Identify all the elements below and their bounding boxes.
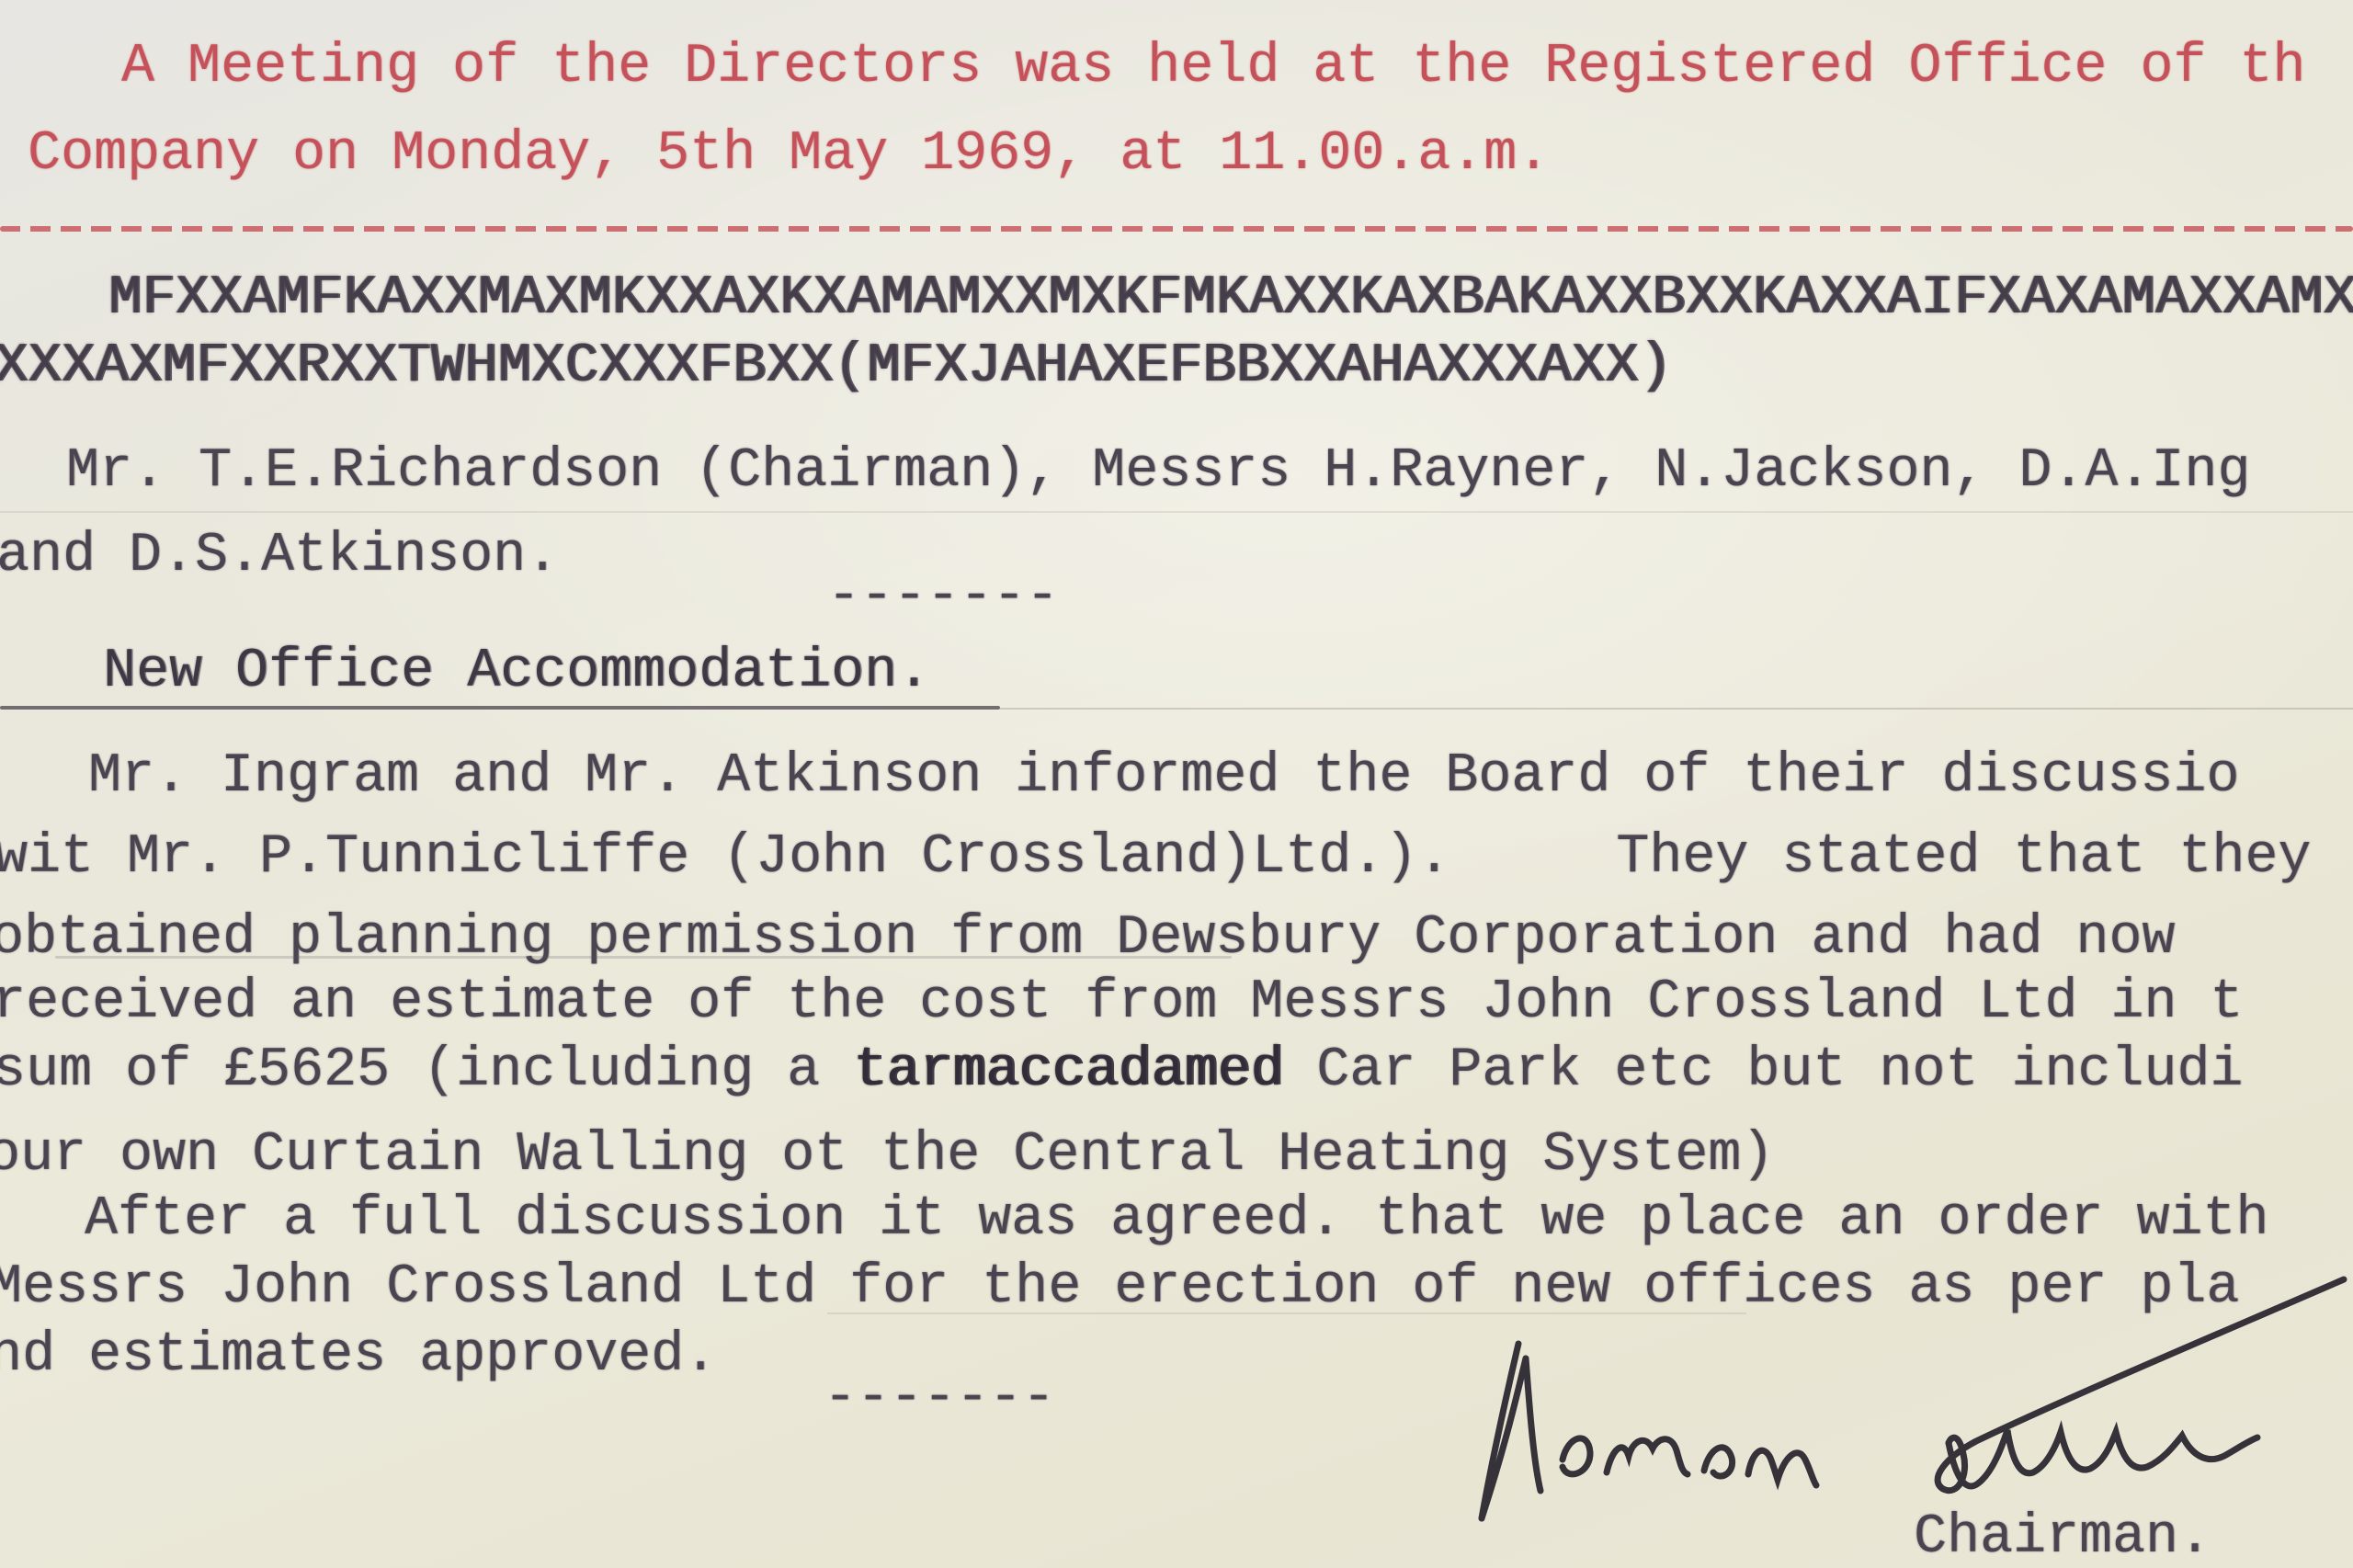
redacted-line-2: XXXAXMFXXRXXTWHMXCXXXFBXX(MFXJAHAXEFBBXX… — [0, 335, 1672, 399]
heading-underline-faint-extension — [1000, 708, 2353, 710]
heading-underline — [0, 706, 1000, 710]
red-dashed-rule — [0, 226, 2353, 232]
paragraph1-line-5-overstruck-word: tarmaccadamed — [853, 1040, 1283, 1102]
paragraph1-line-2: wit Mr. P.Tunnicliffe (John Crossland)Lt… — [0, 825, 2311, 890]
paragraph2-line-3: nd estimates approved. — [0, 1324, 717, 1388]
paragraph1-line-6: our own Curtain Walling ot the Central H… — [0, 1123, 1774, 1187]
signature-title: Chairman. — [1914, 1506, 2211, 1568]
redacted-line-1: MFXXAMFKAXXMAXMKXXAXKXAMAMXXMXKFMKAXXKAX… — [108, 267, 2353, 331]
paragraph1-line-5: sum of £5625 (including a tarmaccadamed … — [0, 1039, 2243, 1103]
paragraph1-line-4: received an estimate of the cost from Me… — [0, 971, 2243, 1035]
signature-handwriting — [1415, 1250, 2353, 1553]
paragraph1-line-5-pre: sum of £5625 (including a — [0, 1040, 853, 1102]
header-line-2: Company on Monday, 5th May 1969, at 11.0… — [28, 122, 1550, 187]
attendees-line-1: Mr. T.E.Richardson (Chairman), Messrs H.… — [66, 439, 2250, 504]
paragraph1-line-5-post: Car Park etc but not includi — [1283, 1040, 2243, 1102]
section-heading: New Office Accommodation. — [103, 640, 930, 704]
ink-smear — [55, 956, 1232, 959]
header-line-1: A Meeting of the Directors was held at t… — [121, 35, 2305, 99]
paragraph1-line-3: obtained planning permission from Dewsbu… — [0, 906, 2175, 971]
paragraph1-line-1: Mr. Ingram and Mr. Atkinson informed the… — [88, 744, 2239, 809]
paragraph2-line-1: After a full discussion it was agreed. t… — [85, 1187, 2268, 1252]
attendees-line-2: and D.S.Atkinson. — [0, 524, 559, 588]
paper-crease-1 — [0, 511, 2353, 513]
scanned-minutes-page: { "doc": { "header": { "line1": "A Meeti… — [0, 0, 2353, 1568]
dash-separator-2: ------- — [824, 1366, 1055, 1430]
dash-separator-1: ------- — [827, 564, 1059, 629]
